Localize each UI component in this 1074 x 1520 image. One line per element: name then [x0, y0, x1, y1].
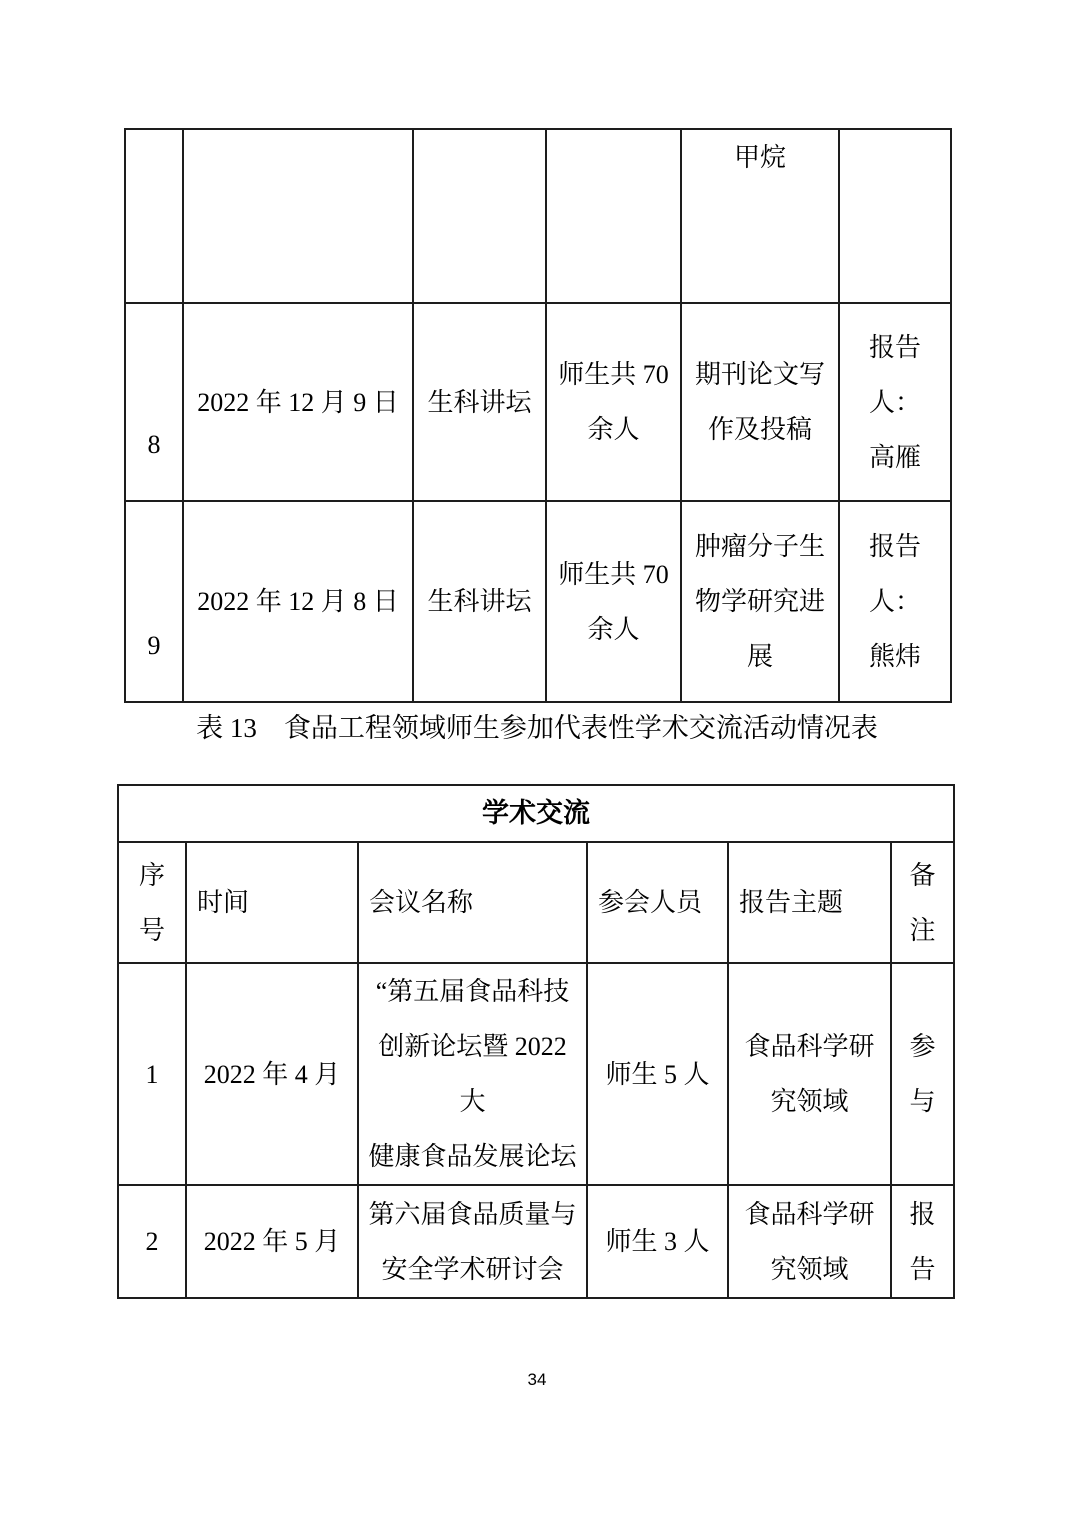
- header-cell-topic: 报告主题: [728, 842, 891, 963]
- table-cell-speaker: 报告人： 熊炜: [839, 501, 951, 702]
- table-cell-topic: 肿瘤分子生 物学研究进 展: [681, 501, 839, 702]
- table-header-row: 序 号 时间 会议名称 参会人员 报告主题 备 注: [118, 842, 954, 963]
- table-row: 甲烷: [125, 129, 951, 303]
- table-caption: 表 13 食品工程领域师生参加代表性学术交流活动情况表: [0, 708, 1074, 748]
- table-cell-index: 1: [118, 963, 186, 1185]
- table-cell-conference: “第五届食品科技 创新论坛暨 2022 大 健康食品发展论坛: [358, 963, 587, 1185]
- table-cell: [183, 129, 413, 303]
- table-cell-topic: 期刊论文写 作及投稿: [681, 303, 839, 501]
- table-cell-topic-continued: 甲烷: [681, 129, 839, 303]
- table-title-row: 学术交流: [118, 785, 954, 842]
- header-cell-participants: 参会人员: [587, 842, 728, 963]
- lecture-activities-table: 甲烷 8 2022 年 12 月 9 日 生科讲坛 师生共 70 余人 期刊论文…: [124, 128, 952, 703]
- table-cell-speaker: 报告人： 高雁: [839, 303, 951, 501]
- table-row: 9 2022 年 12 月 8 日 生科讲坛 师生共 70 余人 肿瘤分子生 物…: [125, 501, 951, 702]
- table-cell-participants: 师生共 70 余人: [546, 501, 681, 702]
- table-cell-date: 2022 年 12 月 8 日: [183, 501, 413, 702]
- table-row: 1 2022 年 4 月 “第五届食品科技 创新论坛暨 2022 大 健康食品发…: [118, 963, 954, 1185]
- academic-exchange-table: 学术交流 序 号 时间 会议名称 参会人员 报告主题 备 注 1 2022 年 …: [117, 784, 955, 1299]
- table-cell-remarks: 参 与: [891, 963, 954, 1185]
- table-cell-topic: 食品科学研 究领域: [728, 1185, 891, 1298]
- table-cell-forum: 生科讲坛: [413, 303, 546, 501]
- header-cell-remarks: 备 注: [891, 842, 954, 963]
- table-cell-index: 2: [118, 1185, 186, 1298]
- table-cell-date: 2022 年 12 月 9 日: [183, 303, 413, 501]
- header-cell-conference: 会议名称: [358, 842, 587, 963]
- table-cell-participants: 师生 3 人: [587, 1185, 728, 1298]
- table-cell-date: 2022 年 4 月: [186, 963, 358, 1185]
- document-page: 甲烷 8 2022 年 12 月 9 日 生科讲坛 师生共 70 余人 期刊论文…: [0, 0, 1074, 1520]
- table-cell-participants: 师生 5 人: [587, 963, 728, 1185]
- header-cell-index: 序 号: [118, 842, 186, 963]
- table-cell-index: 8: [125, 303, 183, 501]
- table-cell: [125, 129, 183, 303]
- page-number: 34: [0, 1368, 1074, 1392]
- table-cell: [413, 129, 546, 303]
- table-cell-remarks: 报 告: [891, 1185, 954, 1298]
- table-cell: [546, 129, 681, 303]
- table-cell-date: 2022 年 5 月: [186, 1185, 358, 1298]
- table-cell-topic: 食品科学研 究领域: [728, 963, 891, 1185]
- header-cell-time: 时间: [186, 842, 358, 963]
- table-cell-participants: 师生共 70 余人: [546, 303, 681, 501]
- table-title: 学术交流: [118, 785, 954, 842]
- table-row: 2 2022 年 5 月 第六届食品质量与 安全学术研讨会 师生 3 人 食品科…: [118, 1185, 954, 1298]
- table-row: 8 2022 年 12 月 9 日 生科讲坛 师生共 70 余人 期刊论文写 作…: [125, 303, 951, 501]
- table-cell-conference: 第六届食品质量与 安全学术研讨会: [358, 1185, 587, 1298]
- table-cell: [839, 129, 951, 303]
- table-cell-forum: 生科讲坛: [413, 501, 546, 702]
- table-cell-index: 9: [125, 501, 183, 702]
